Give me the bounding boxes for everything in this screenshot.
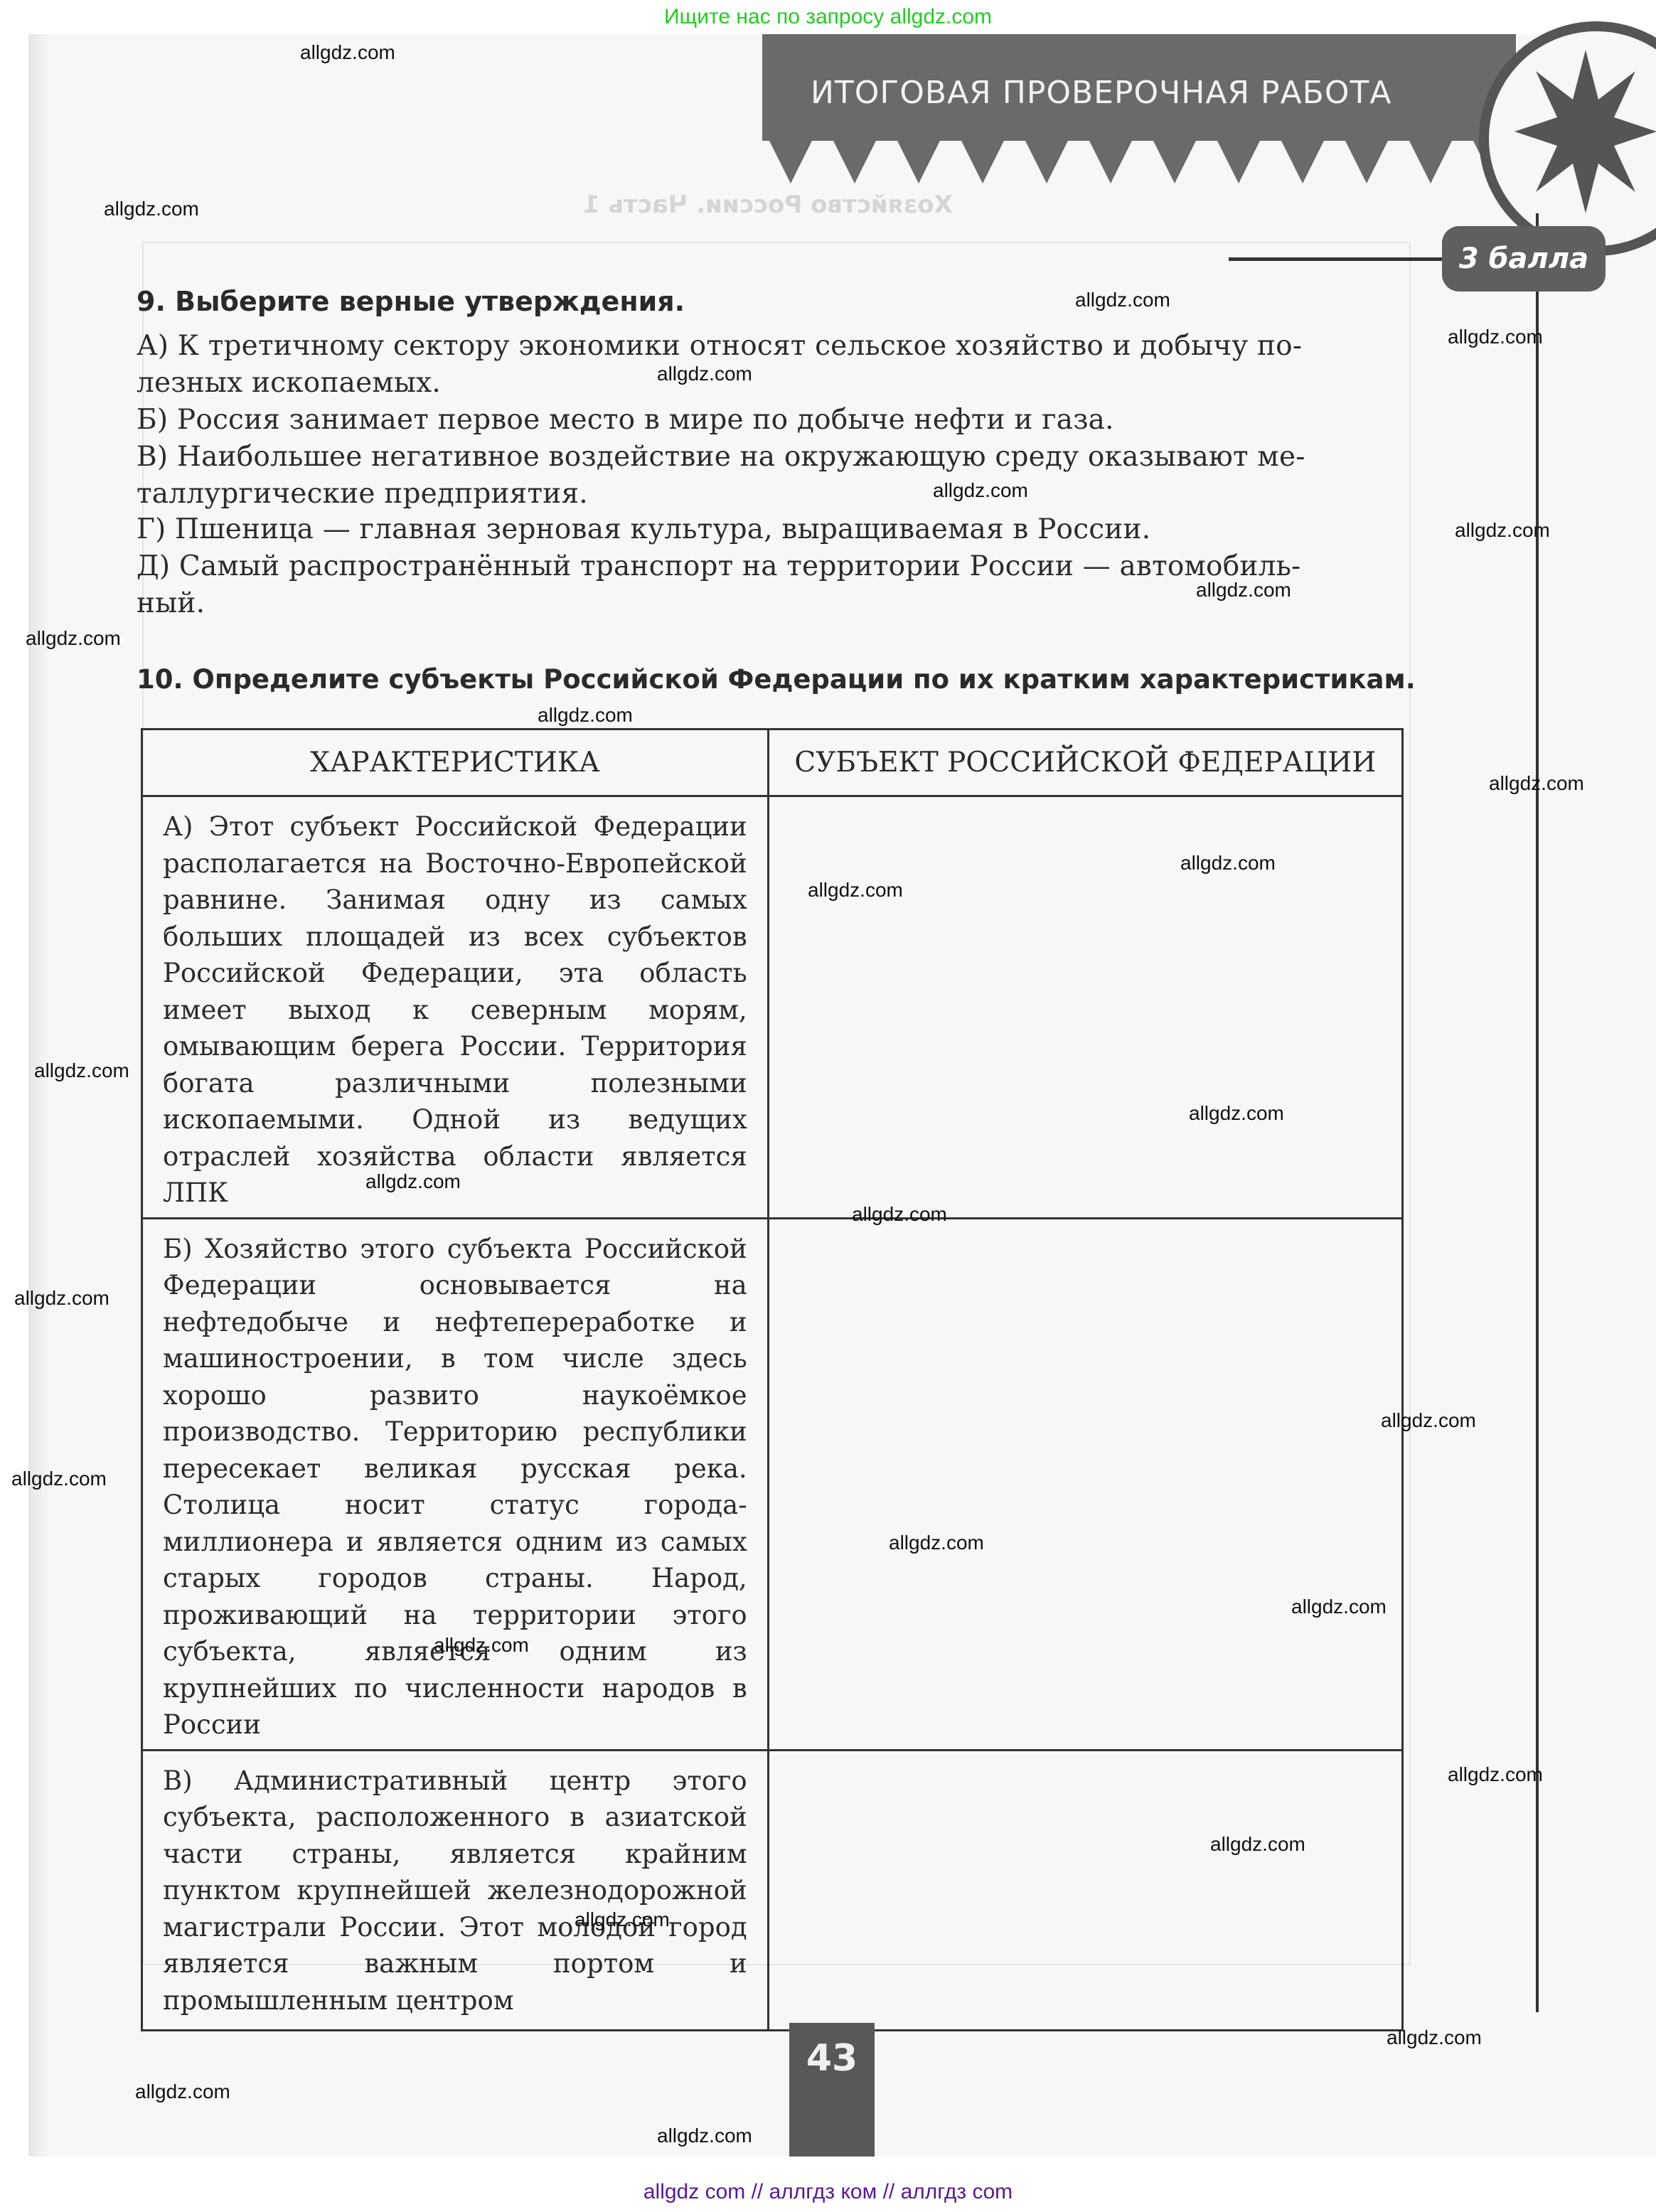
question-9-title: 9. Выберите верные утверждения. <box>137 286 685 317</box>
watermark-text: allgdz.com <box>26 627 121 650</box>
watermark-text: allgdz.com <box>1448 1763 1543 1786</box>
table-row: Б) Хозяйство этого субъекта Российской Ф… <box>142 1218 1403 1750</box>
answer-cell[interactable] <box>768 796 1402 1219</box>
watermark-text: allgdz.com <box>365 1170 461 1193</box>
watermark-text: allgdz.com <box>657 2125 752 2147</box>
watermark-text: allgdz.com <box>575 1908 670 1931</box>
points-connector-line <box>1229 257 1442 261</box>
margin-rule <box>1536 213 1539 2012</box>
q9-statement-line: А) К третичному сектору экономики относя… <box>137 330 1402 362</box>
watermark-text: allgdz.com <box>657 363 752 385</box>
q9-statement-line: таллургические предприятия. <box>137 478 1402 510</box>
q9-statement-line: В) Наибольшее негативное воздействие на … <box>137 441 1402 473</box>
watermark-text: allgdz.com <box>1196 579 1291 602</box>
q9-statement-line: Б) Россия занимает первое место в мире п… <box>137 404 1402 436</box>
watermark-text: allgdz.com <box>1189 1102 1284 1125</box>
points-badge: 3 балла <box>1442 226 1606 292</box>
watermark-text: allgdz.com <box>34 1059 129 1082</box>
watermark-text: allgdz.com <box>1075 289 1170 311</box>
watermark-text: allgdz.com <box>135 2080 230 2103</box>
question-10-title: 10. Определите субъекты Российской Федер… <box>137 664 1416 695</box>
top-watermark-banner[interactable]: Ищите нас по запросу allgdz.com <box>0 0 1656 34</box>
watermark-text: allgdz.com <box>1455 519 1550 542</box>
column-header-subject: СУБЪЕКТ РОССИЙСКОЙ ФЕДЕРАЦИИ <box>768 730 1402 796</box>
watermark-text: allgdz.com <box>1291 1596 1387 1618</box>
watermark-text: allgdz.com <box>1448 326 1543 348</box>
column-header-characteristic: ХАРАКТЕРИСТИКА <box>142 730 769 796</box>
q9-statement-line: Г) Пшеница — главная зерновая культура, … <box>137 513 1402 545</box>
watermark-text: allgdz.com <box>11 1468 107 1490</box>
bottom-watermark-banner[interactable]: allgdz com // аллгдз ком // аллгдз com <box>0 2157 1656 2212</box>
page-spine-shadow <box>28 34 50 2157</box>
watermark-text: allgdz.com <box>434 1634 529 1657</box>
q9-statement-line: Д) Самый распространённый транспорт на т… <box>137 550 1402 582</box>
table-header-row: ХАРАКТЕРИСТИКА СУБЪЕКТ РОССИЙСКОЙ ФЕДЕРА… <box>142 730 1403 796</box>
watermark-text: allgdz.com <box>300 41 395 64</box>
section-title: ИТОГОВАЯ ПРОВЕРОЧНАЯ РАБОТА <box>811 75 1451 111</box>
answer-cell[interactable] <box>768 1218 1402 1750</box>
q9-statement-line: лезных ископаемых. <box>137 367 1402 399</box>
characteristic-cell: А) Этот субъект Российской Федерации рас… <box>142 796 769 1219</box>
watermark-text: allgdz.com <box>933 479 1028 502</box>
bleed-through-heading: Хозяйство России. Часть 1 <box>583 191 953 219</box>
answer-cell[interactable] <box>768 1750 1402 2030</box>
watermark-text: allgdz.com <box>1387 2026 1482 2049</box>
watermark-text: allgdz.com <box>1180 852 1276 875</box>
watermark-text: allgdz.com <box>104 198 199 220</box>
watermark-text: allgdz.com <box>1210 1833 1305 1856</box>
header-zigzag <box>762 141 1516 183</box>
watermark-text: allgdz.com <box>1381 1409 1476 1432</box>
watermark-text: allgdz.com <box>808 879 903 902</box>
watermark-text: allgdz.com <box>1489 772 1584 795</box>
watermark-text: allgdz.com <box>852 1203 947 1226</box>
watermark-text: allgdz.com <box>538 704 633 727</box>
table-row: В) Административный центр этого субъекта… <box>142 1750 1403 2030</box>
page-number: 43 <box>789 2023 875 2157</box>
watermark-text: allgdz.com <box>889 1532 984 1554</box>
star-icon <box>1515 50 1656 213</box>
characteristic-cell: В) Административный центр этого субъекта… <box>142 1750 769 2030</box>
watermark-text: allgdz.com <box>14 1287 109 1310</box>
characteristic-cell: Б) Хозяйство этого субъекта Российской Ф… <box>142 1218 769 1750</box>
